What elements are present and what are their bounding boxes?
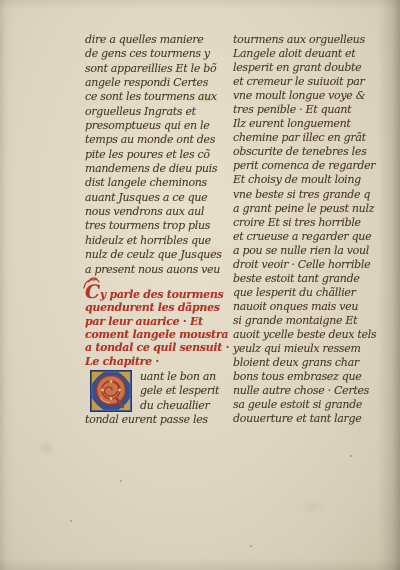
text-line: a present nous auons veu [85,263,221,277]
text-line: orguelleus Ingrats et [85,105,221,119]
text-line: a pou se nulle rien la voul [233,244,377,258]
text-line: nauoit onques mais veu [233,300,377,314]
parchment-speck [120,480,122,482]
text-line: mandemens de dieu puis [85,162,221,176]
chapter-rubric: Cy parle des tourmens quendurent les dãp… [85,286,221,368]
text-line: angele respondi Certes [85,76,221,90]
text-line: vne moult longue voye & [233,89,377,103]
text-line: douuerture et tant large [233,412,377,426]
text-line: pite les poures et les cõ [85,148,221,162]
text-line: tondal eurent passe les [85,413,221,427]
right-column: tourmens aux orguelleus Langele aloit de… [233,33,377,426]
rubric-line: Le chapitre · [85,355,221,368]
rubric-line: Cy parle des tourmens [85,286,221,301]
text-line: chemine par illec en grãt [233,131,377,145]
rubric-line: par leur auarice · Et [85,315,221,328]
rubric-line: a tondal ce quil sensuit · [85,341,221,354]
text-line: Langele aloit deuant et [233,47,377,61]
parchment-speck [70,520,72,522]
text-line: a grant peine le peust nulz [233,202,377,216]
text-line: beste estoit tant grande [233,272,377,286]
text-line: dire a quelles maniere [85,33,221,47]
text-line: bons tous embrasez que [233,370,377,384]
text-line: Ilz eurent longuement [233,117,377,131]
text-line: auant Jusques a ce que [85,191,221,205]
text-line: obscurite de tenebres les [233,145,377,159]
parchment-stain [300,500,326,514]
illuminated-initial-q-icon [90,370,132,412]
text-line: sont appareillies Et le bõ [85,62,221,76]
text-line: du cheuallier [140,399,219,413]
text-line: presomptueus qui en le [85,119,221,133]
rubric-line: coment langele moustra [85,328,221,341]
text-line: sa geule estoit si grande [233,398,377,412]
text-line: dist langele cheminons [85,176,221,190]
text-line: nulz de ceulz que Jusques [85,248,221,262]
text-line: yeulz qui mieulx ressem [233,342,377,356]
rubric-line: quendurent les dãpnes [85,301,221,314]
text-line: que lesperit du chãllier [233,286,377,300]
manuscript-page: dire a quelles maniere de gens ces tourm… [0,0,400,570]
text-line: tourmens aux orguelleus [233,33,377,47]
text-line: uant le bon an [140,370,219,384]
text-line: auoit ycelle beste deux tels [233,328,377,342]
text-line: croire Et si tres horrible [233,216,377,230]
text-line: et crueuse a regarder que [233,230,377,244]
text-line: nulle autre chose · Certes [233,384,377,398]
text-line: ce sont les tourmens aux [85,90,221,104]
text-line: hideulz et horribles que [85,234,221,248]
text-line: perit comenca de regarder [233,159,377,173]
text-line: vne beste si tres grande q [233,188,377,202]
text-line: si grande montaigne Et [233,314,377,328]
text-line: Et choisy de moult loing [233,173,377,187]
parchment-stain [36,440,56,456]
illuminated-initial-row: uant le bon an gele et lesperit du cheua… [85,370,221,413]
text-line: nous vendrons aux aul [85,205,221,219]
left-column: dire a quelles maniere de gens ces tourm… [85,33,221,427]
text-line: tres tourmens trop plus [85,219,221,233]
lines-beside-initial: uant le bon an gele et lesperit du cheua… [140,370,219,413]
text-line: et cremeur le suiuoit par [233,75,377,89]
text-line: temps au monde ont des [85,133,221,147]
parchment-speck [250,545,252,547]
text-line: bloient deux grans char [233,356,377,370]
rubric-initial-flourish-icon [82,275,104,289]
text-line: de gens ces tourmens y [85,47,221,61]
parchment-speck [350,455,352,457]
text-line: tres penible · Et quant [233,103,377,117]
text-line: lesperit en grant doubte [233,61,377,75]
text-line: droit veoir · Celle horrible [233,258,377,272]
text-line: gele et lesperit [140,384,219,398]
